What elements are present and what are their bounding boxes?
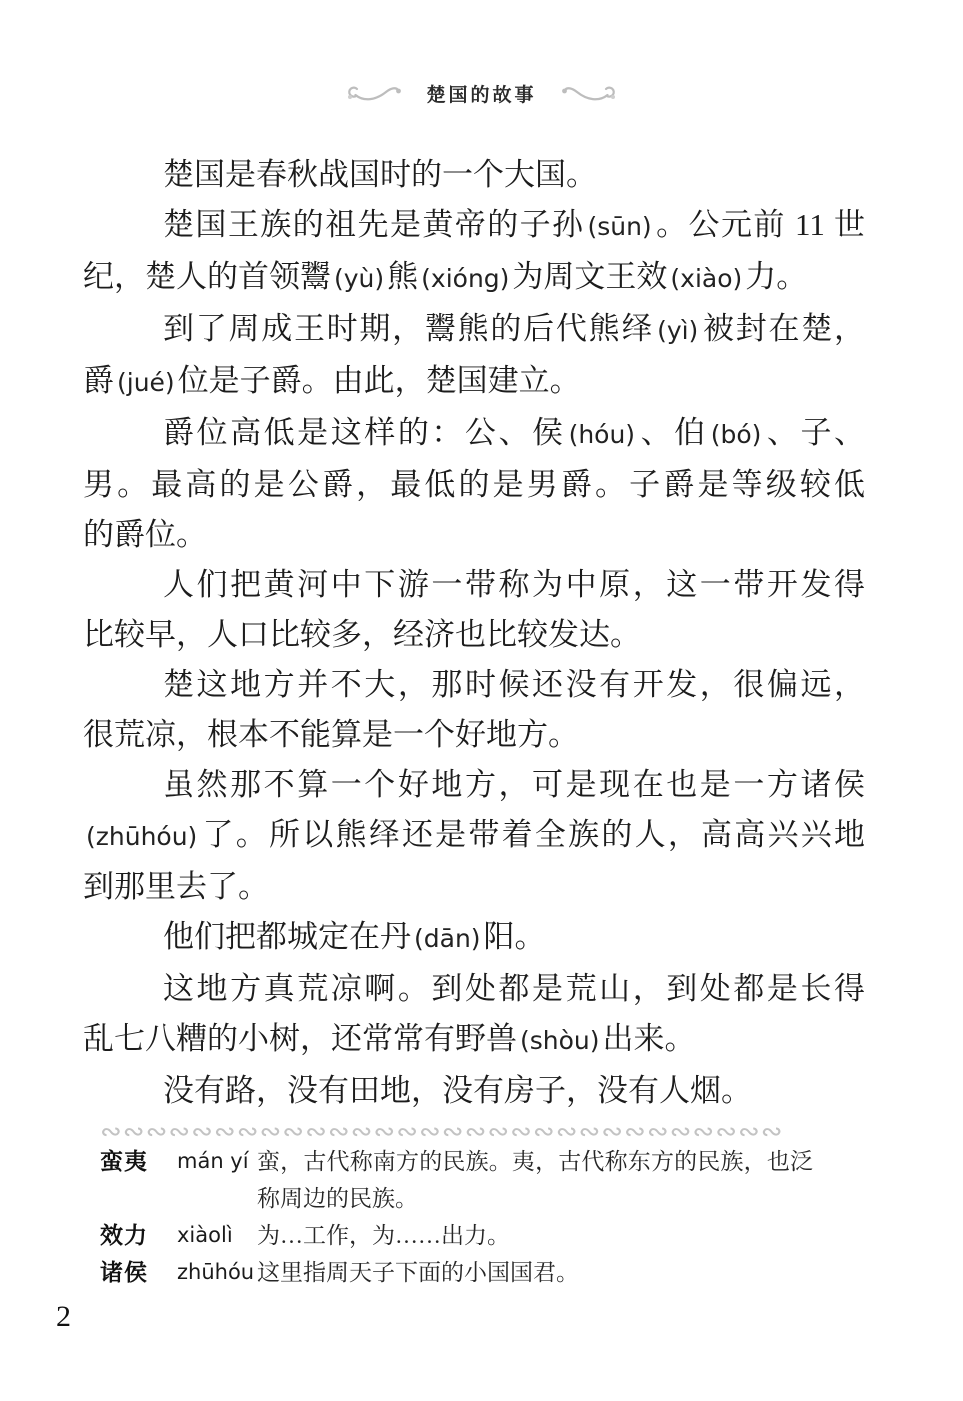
glossary-definition: 为…工作，为……出力。 [257,1217,813,1254]
text-line: 人们把黄河中下游一带称为中原，这一带开发得 [83,560,865,610]
page-title: 楚国的故事 [426,80,536,107]
right-swash-icon [559,81,621,105]
text-line: 虽然那不算一个好地方，可是现在也是一方诸侯 [83,760,865,810]
text-line: 楚这地方并不大，那时候还没有开发，很偏远， [83,660,865,710]
story-text: 楚国是春秋战国时的一个大国。楚国王族的祖先是黄帝的子孙(sūn)。公元前 11 … [83,150,865,1116]
pinyin-annotation: (jué) [114,368,178,397]
paragraph: 这地方真荒凉啊。到处都是荒山，到处都是长得乱七八糟的小树，还常常有野兽(shòu… [83,964,865,1066]
paragraph: 人们把黄河中下游一带称为中原，这一带开发得比较早，人口比较多，经济也比较发达。 [83,560,865,660]
text-line: 纪，楚人的首领鬻(yù)熊(xióng)为周文王效(xiào)力。 [83,252,865,304]
glossary-term: 效力 [100,1217,177,1254]
pinyin-annotation: (xiào) [667,264,745,293]
text-line: 他们把都城定在丹(dān)阳。 [83,912,865,964]
glossary-pinyin: xiàolì [177,1217,257,1254]
glossary-entry: 效力xiàolì为…工作，为……出力。 [100,1217,868,1254]
book-page: 楚国的故事 楚国是春秋战国时的一个大国。楚国王族的祖先是黄帝的子孙(sūn)。公… [0,0,963,1401]
paragraph: 楚国王族的祖先是黄帝的子孙(sūn)。公元前 11 世纪，楚人的首领鬻(yù)熊… [83,200,865,304]
glossary-pinyin: mán yí [177,1143,257,1180]
paragraph: 楚这地方并不大，那时候还没有开发，很偏远，很荒凉，根本不能算是一个好地方。 [83,660,865,760]
pinyin-annotation: (bó) [708,420,765,449]
paragraph: 爵位高低是这样的：公、侯(hóu)、伯(bó)、子、男。最高的是公爵，最低的是男… [83,408,865,560]
pinyin-annotation: (shòu) [517,1026,603,1055]
left-swash-icon [342,81,404,105]
text-line: 男。最高的是公爵，最低的是男爵。子爵是等级较低 [83,460,865,510]
glossary-pinyin: zhūhóu [177,1254,257,1291]
pinyin-annotation: (sūn) [584,212,654,241]
text-line: 爵位高低是这样的：公、侯(hóu)、伯(bó)、子、 [83,408,865,460]
text-line: (zhūhóu)了。所以熊绎还是带着全族的人，高高兴兴地 [83,810,865,862]
paragraph: 没有路，没有田地，没有房子，没有人烟。 [83,1066,865,1116]
glossary-entry: 蛮夷mán yí蛮，古代称南方的民族。夷，古代称东方的民族，也泛称周边的民族。 [100,1143,868,1217]
text-line: 楚国是春秋战国时的一个大国。 [83,150,865,200]
paragraph: 他们把都城定在丹(dān)阳。 [83,912,865,964]
text-line: 爵(jué)位是子爵。由此，楚国建立。 [83,356,865,408]
pinyin-annotation: (yì) [654,316,701,345]
page-number: 2 [56,1300,71,1334]
paragraph: 到了周成王时期，鬻熊的后代熊绎(yì)被封在楚，爵(jué)位是子爵。由此，楚国… [83,304,865,408]
glossary: 蛮夷mán yí蛮，古代称南方的民族。夷，古代称东方的民族，也泛称周边的民族。效… [100,1143,868,1291]
pinyin-annotation: (yù) [331,264,387,293]
text-line: 比较早，人口比较多，经济也比较发达。 [83,610,865,660]
paragraph: 楚国是春秋战国时的一个大国。 [83,150,865,200]
text-line: 乱七八糟的小树，还常常有野兽(shòu)出来。 [83,1014,865,1066]
text-line: 到那里去了。 [83,862,865,912]
text-line: 的爵位。 [83,510,865,560]
pinyin-annotation: (dān) [411,924,484,953]
pinyin-annotation: (hóu) [566,420,639,449]
pinyin-annotation: (xióng) [418,264,512,293]
glossary-term: 蛮夷 [100,1143,177,1180]
glossary-entry: 诸侯zhūhóu这里指周天子下面的小国国君。 [100,1254,868,1291]
pinyin-annotation: (zhūhóu) [83,822,200,851]
chapter-header: 楚国的故事 [0,78,963,108]
text-line: 没有路，没有田地，没有房子，没有人烟。 [83,1066,865,1116]
paragraph: 虽然那不算一个好地方，可是现在也是一方诸侯(zhūhóu)了。所以熊绎还是带着全… [83,760,865,912]
text-line: 到了周成王时期，鬻熊的后代熊绎(yì)被封在楚， [83,304,865,356]
text-line: 这地方真荒凉啊。到处都是荒山，到处都是长得 [83,964,865,1014]
text-line: 楚国王族的祖先是黄帝的子孙(sūn)。公元前 11 世 [83,200,865,252]
glossary-term: 诸侯 [100,1254,177,1291]
text-line: 很荒凉，根本不能算是一个好地方。 [83,710,865,760]
glossary-definition: 这里指周天子下面的小国国君。 [257,1254,813,1291]
glossary-definition: 蛮，古代称南方的民族。夷，古代称东方的民族，也泛称周边的民族。 [257,1143,813,1217]
